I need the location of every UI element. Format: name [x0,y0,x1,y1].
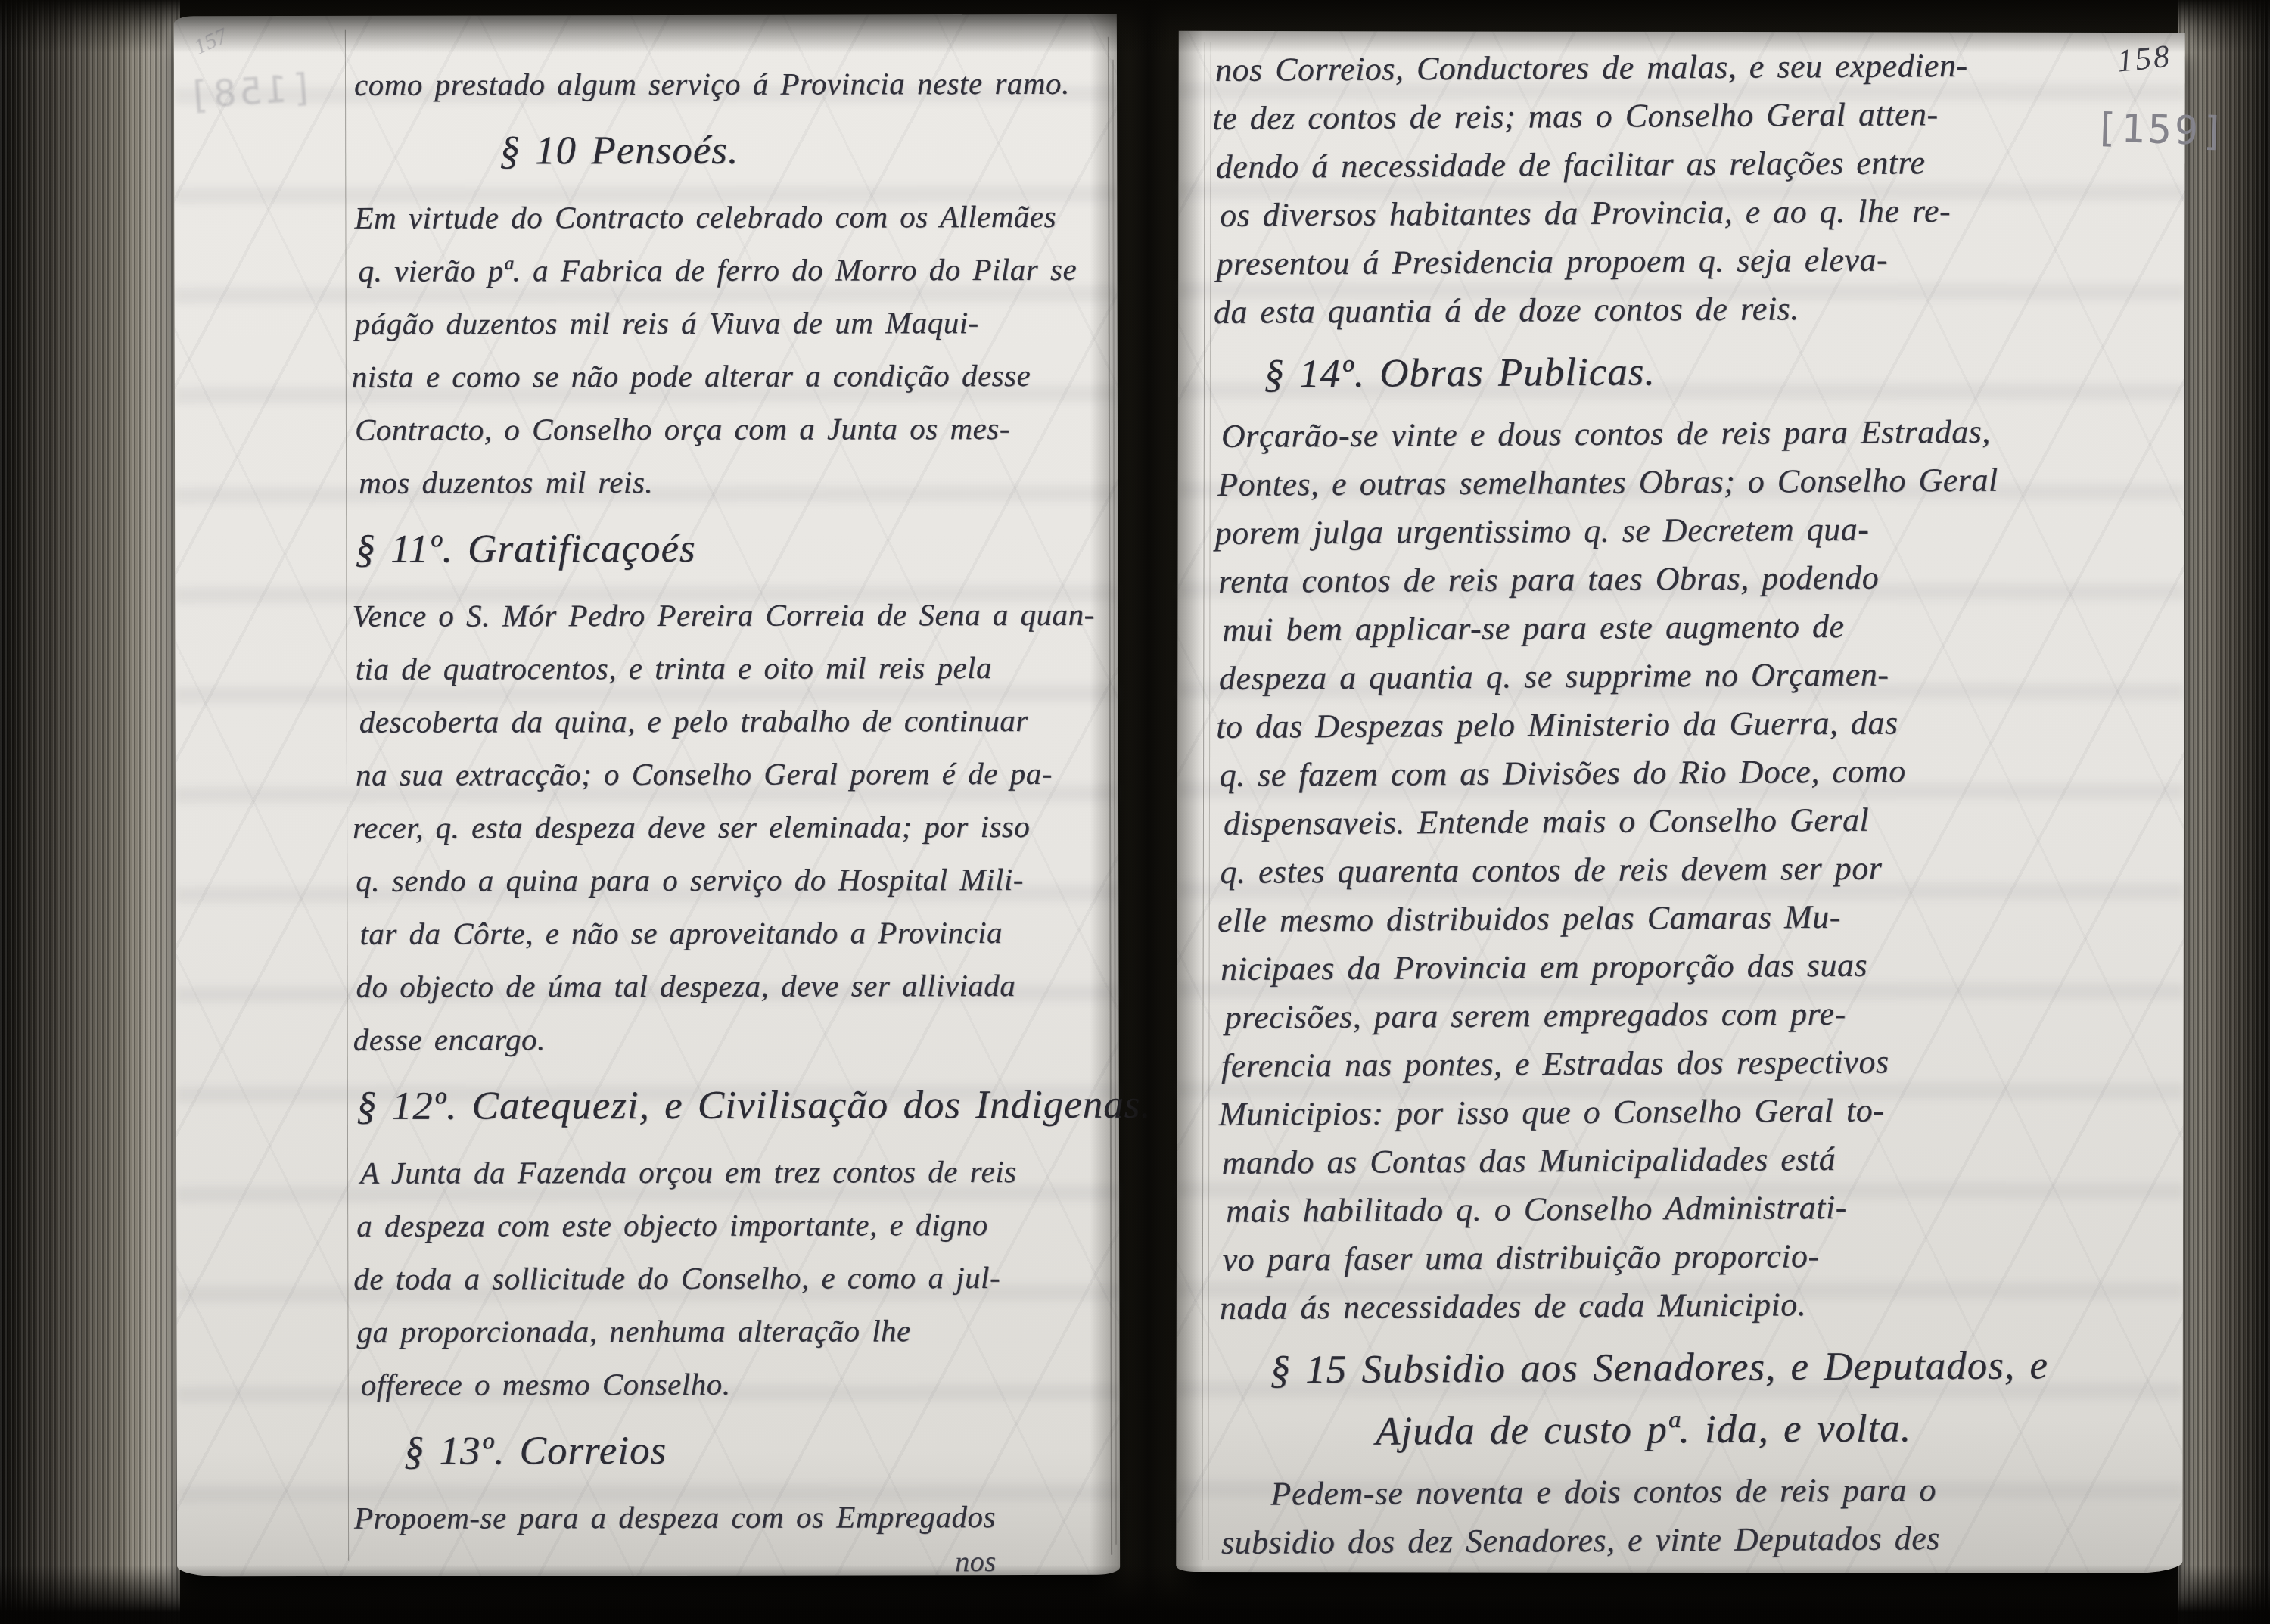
margin-rule [1202,42,1205,1560]
manuscript-line: despeza a quantia q. se supprime no Orça… [1219,649,2174,703]
margin-rule [1208,42,1211,1560]
manuscript-line: nada ás necessidades de cada Municipio. [1220,1278,2175,1333]
manuscript-line: de toda a sollicitude do Conselho, e com… [353,1251,1110,1305]
manuscript-line: renta contos de reis para taes Obras, po… [1218,552,2173,606]
manuscript-line: q. estes quarenta contos de reis devem s… [1220,842,2175,897]
manuscript-line: q. se fazem com as Divisões do Rio Doce,… [1219,745,2174,800]
manuscript-line: Pedem-se noventa e dois contos de reis p… [1224,1464,2178,1519]
manuscript-line: Propoem-se para a despeza com os Emprega… [354,1490,1111,1545]
manuscript-line: tia de quatrocentos, e trinta e oito mil… [356,641,1112,695]
manuscript-line: da esta quantia á de doze contos de reis… [1214,282,2169,337]
manuscript-line: descoberta da quina, e pelo trabalho de … [359,694,1116,748]
manuscript-line: nos Correios, Conductores de malas, e se… [1215,40,2170,95]
section-heading: § 13º. Correios [357,1423,1114,1478]
section-heading: § 11º. Gratificaçoés [355,521,1112,576]
manuscript-line: mais habilitado q. o Conselho Administra… [1226,1181,2181,1236]
book-fore-edge-right [2178,0,2270,1624]
manuscript-line: recer, q. esta despeza deve ser eleminad… [353,800,1109,854]
manuscript-line: nista e como se não pode alterar a condi… [352,349,1109,403]
manuscript-line: q. vierão pª. a Fabrica de ferro do Morr… [358,243,1115,297]
manuscript-line: precisões, para serem empregados com pre… [1224,988,2179,1042]
manuscript-line: como prestado algum serviço á Provincia … [354,57,1111,111]
manuscript-line: págão duzentos mil reis á Viuva de um Ma… [355,296,1112,350]
manuscript-line: Vence o S. Mór Pedro Pereira Correia de … [352,588,1109,642]
manuscript-line: mando as Contas das Municipalidades está [1222,1133,2177,1187]
manuscript-line: Em virtude do Contracto celebrado com os… [354,190,1111,244]
left-page-text: como prestado algum serviço á Provincia … [354,57,1114,1582]
manuscript-line: Orçarão-se vinte e dous contos de reis p… [1221,406,2176,461]
manuscript-line: mos duzentos mil reis. [359,455,1115,509]
catchword: nos [357,1543,1114,1582]
manuscript-line: vo para faser uma distribuição proporcio… [1222,1230,2177,1284]
manuscript-line: ga proporcionada, nenhuma alteração lhe [356,1304,1113,1358]
manuscript-line: a despeza com este objecto importante, e… [356,1198,1113,1252]
folio-number-stamped: [159] [2094,105,2229,155]
manuscript-line: A Junta da Fazenda orçou em trez contos … [360,1145,1117,1199]
manuscript-page-right: nos Correios, Conductores de malas, e se… [1176,31,2185,1573]
book-fore-edge-left [0,0,180,1624]
section-heading: § 10 Pensoés. [351,123,1108,178]
ghost-stamp-showthrough: [158] [183,65,315,118]
section-heading: § 15 Subsidio aos Senadores, e Deputados… [1223,1340,2178,1395]
manuscript-line: offerece o mesmo Conselho. [361,1357,1118,1411]
manuscript-line: Contracto, o Conselho orça com a Junta o… [355,402,1112,456]
right-page-text: nos Correios, Conductores de malas, e se… [1215,40,2179,1567]
manuscript-line: Municipios: por isso que o Conselho Gera… [1218,1084,2173,1139]
section-heading: Ajuda de custo pª. ida, e volta. [1227,1402,2182,1457]
manuscript-line: na sua extracção; o Conselho Geral porem… [356,747,1112,801]
section-heading: § 12º. Catequezi, e Civilisação dos Indi… [356,1078,1113,1133]
manuscript-line: do objecto de úma tal despeza, deve ser … [356,959,1112,1013]
manuscript-line: te dez contos de reis; mas o Conselho Ge… [1212,89,2167,143]
margin-rule [345,30,349,1561]
manuscript-line: dendo á necessidade de facilitar as rela… [1216,137,2171,191]
manuscript-line: Pontes, e outras semelhantes Obras; o Co… [1217,455,2172,509]
manuscript-line: ferencia nas pontes, e Estradas dos resp… [1221,1036,2176,1090]
manuscript-line: dispensaveis. Entende mais o Conselho Ge… [1224,794,2178,848]
manuscript-line: desse encargo. [353,1012,1110,1066]
manuscript-line: porem julga urgentissimo q. se Decretem … [1214,503,2169,558]
manuscript-line: presentou á Presidencia propoem q. seja … [1216,234,2171,288]
manuscript-line: tar da Côrte, e não se aproveitando a Pr… [359,906,1116,960]
folio-number-handwritten: 158 [2116,38,2174,79]
scanned-book-spread: como prestado algum serviço á Provincia … [0,0,2270,1624]
manuscript-page-left: como prestado algum serviço á Provincia … [174,14,1120,1577]
manuscript-line: to das Despezas pelo Ministerio da Guerr… [1216,697,2171,751]
manuscript-line: q. sendo a quina para o serviço do Hospi… [356,853,1112,907]
manuscript-line: mui bem applicar-se para este augmento d… [1222,600,2177,655]
section-heading: § 14º. Obras Publicas. [1217,344,2172,399]
manuscript-line: os diversos habitantes da Provincia, e a… [1220,185,2175,240]
manuscript-line: subsidio dos dez Senadores, e vinte Depu… [1221,1513,2176,1567]
manuscript-line: nicipaes da Provincia em proporção das s… [1221,939,2175,994]
manuscript-line: elle mesmo distribuidos pelas Camaras Mu… [1217,891,2172,945]
